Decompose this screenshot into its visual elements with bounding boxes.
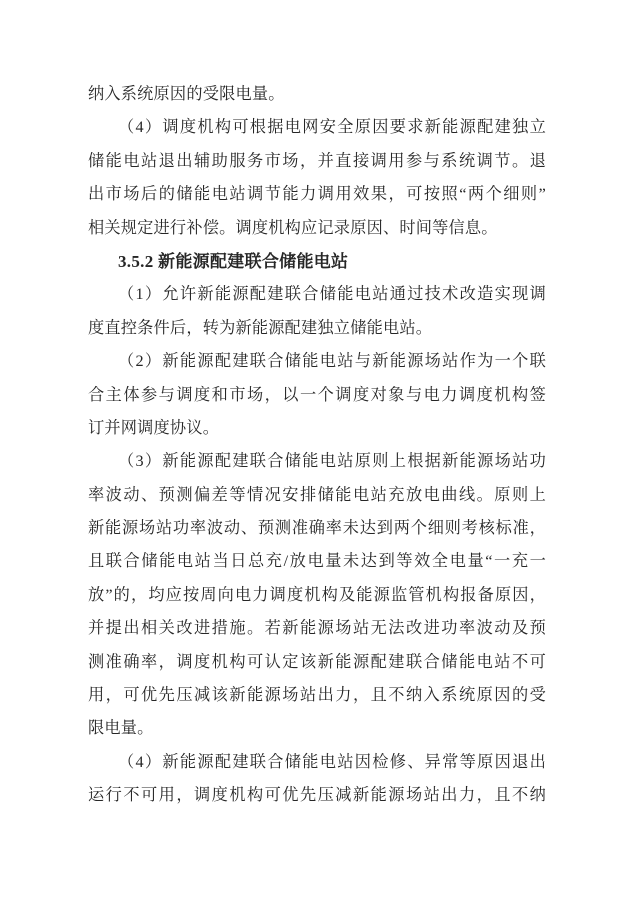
text-line: 新能源场站功率波动、预测准确率未达到两个细则考核标准， bbox=[88, 512, 546, 545]
text-line: （3）新能源配建联合储能电站原则上根据新能源场站功 bbox=[88, 445, 546, 478]
text-line: 合主体参与调度和市场，以一个调度对象与电力调度机构签 bbox=[88, 379, 546, 412]
text-line: 储能电站退出辅助服务市场，并直接调用参与系统调节。退 bbox=[88, 145, 546, 178]
document-page: 纳入系统原因的受限电量。（4）调度机构可根据电网安全原因要求新能源配建独立储能电… bbox=[0, 0, 640, 905]
text-line: 并提出相关改进措施。若新能源场站无法改进功率波动及预 bbox=[88, 612, 546, 645]
section-heading: 3.5.2 新能源配建联合储能电站 bbox=[88, 245, 546, 278]
text-line: 纳入系统原因的受限电量。 bbox=[88, 78, 546, 111]
document-text-column: 纳入系统原因的受限电量。（4）调度机构可根据电网安全原因要求新能源配建独立储能电… bbox=[88, 78, 546, 813]
text-line: 限电量。 bbox=[88, 712, 546, 745]
text-line: 运行不可用，调度机构可优先压减新能源场站出力，且不纳 bbox=[88, 779, 546, 812]
text-line: 用，可优先压减该新能源场站出力，且不纳入系统原因的受 bbox=[88, 679, 546, 712]
text-line: 订并网调度协议。 bbox=[88, 412, 546, 445]
text-line: （2）新能源配建联合储能电站与新能源场站作为一个联 bbox=[88, 345, 546, 378]
text-line: 度直控条件后，转为新能源配建独立储能电站。 bbox=[88, 312, 546, 345]
text-line: 率波动、预测偏差等情况安排储能电站充放电曲线。原则上 bbox=[88, 479, 546, 512]
text-line: 出市场后的储能电站调节能力调用效果，可按照“两个细则” bbox=[88, 178, 546, 211]
text-line: 且联合储能电站当日总充/放电量未达到等效全电量“一充一 bbox=[88, 545, 546, 578]
text-line: 相关规定进行补偿。调度机构应记录原因、时间等信息。 bbox=[88, 212, 546, 245]
text-line: 放”的，均应按周向电力调度机构及能源监管机构报备原因， bbox=[88, 579, 546, 612]
text-line: （4）调度机构可根据电网安全原因要求新能源配建独立 bbox=[88, 111, 546, 144]
text-line: 测准确率，调度机构可认定该新能源配建联合储能电站不可 bbox=[88, 646, 546, 679]
text-line: （1）允许新能源配建联合储能电站通过技术改造实现调 bbox=[88, 278, 546, 311]
text-line: （4）新能源配建联合储能电站因检修、异常等原因退出 bbox=[88, 746, 546, 779]
